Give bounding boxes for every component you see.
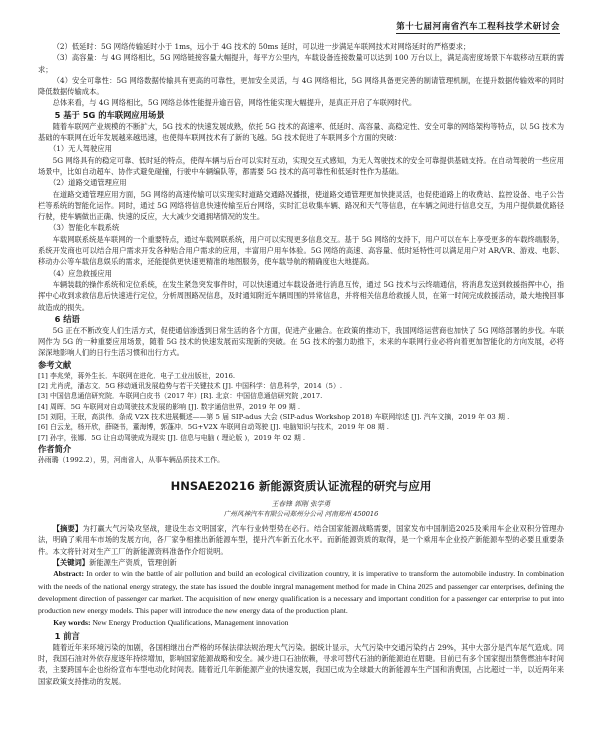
subsection-text-autonomous-driving: 5G 网络具有的稳定可靠、低时延的特点，使得车辆与后台可以实时互动，实现交互式感…: [38, 155, 564, 178]
section6-text: 5G 正在不断改变人们生活方式，促使通信渗透到日常生活的各个方面，促进产业融合。…: [38, 325, 564, 359]
intro-text: 随着近年来环境污染的加剧，各国相继出台严格的环保法律法规治理大气污染。据统计显示…: [38, 642, 564, 687]
section5-heading: 5 基于 5G 的车联网应用场景: [38, 109, 564, 121]
reference-item: [6] 白云龙，杨开欣，薛晓书，董海博，郭蓬冲．5G+V2X 车联网自动驾驶 […: [38, 422, 564, 432]
intro-heading: 1 前言: [38, 630, 564, 642]
running-header: 第十七届河南省汽车工程科技学术研讨会: [396, 20, 560, 34]
reference-item: [3] 中国信息通信研究院．车联网白皮书（2017 年）[R]. 北京：中国信息…: [38, 391, 564, 401]
reference-item: [1] 李兆荣，蒋外生长．车联网在进化．电子工业出版社，2016.: [38, 371, 564, 381]
page-content: （2）低延时：5G 网络传输延时小于 1ms，远小于 4G 技术的 50ms 延…: [38, 41, 564, 687]
abstract-en-label: Abstract:: [53, 569, 84, 578]
feature-item-reliability: （4）安全可靠性：5G 网络数据传输具有更高的可靠性，更加安全灵活，与 4G 网…: [38, 75, 564, 98]
subsection-text-in-vehicle-system: 车载网联系统是车联网的一个重要特点，通过车载网联系统，用户可以实现更多信息交互。…: [38, 234, 564, 268]
subsection-title-emergency-rescue: （4）应急救援应用: [38, 268, 564, 279]
subsection-title-in-vehicle-system: （3）智能化车载系统: [38, 222, 564, 233]
author-bio-text: 孙雨璐（1992.2），男，河南省人，从事车辆品质技术工作。: [38, 455, 564, 465]
abstract-en: Abstract: In order to win the battle of …: [38, 568, 564, 617]
section5-intro: 随着车联网产业规模的不断扩大，5G 技术的快速发展成熟，依托 5G 技术的高速率…: [38, 121, 564, 144]
subsection-title-autonomous-driving: （1）无人驾驶应用: [38, 143, 564, 154]
next-paper-affiliation: 广州风神汽车有限公司郑州分公司 河南郑州 450016: [38, 509, 564, 520]
next-paper-authors: 王春锋 郭刚 张学勇: [38, 499, 564, 509]
document-page: 第十七届河南省汽车工程科技学术研讨会 （2）低延时：5G 网络传输延时小于 1m…: [0, 0, 600, 730]
references-heading: 参考文献: [38, 359, 564, 371]
abstract-text: 为打赢大气污染攻坚战，建设生态文明国家，汽车行业转型势在必行。结合国家能源战略需…: [38, 524, 564, 556]
keywords-cn: 【关键词】新能源生产资质，管理创新: [38, 557, 564, 568]
abstract-label: 【摘要】: [53, 524, 83, 533]
keywords-en: Key words: New Energy Production Qualifi…: [38, 617, 564, 629]
feature-item-low-latency: （2）低延时：5G 网络传输延时小于 1ms，远小于 4G 技术的 50ms 延…: [38, 41, 564, 52]
reference-item: [4] 周晖．5G 车联网对自动驾驶技术发展的影响 [J]. 数字通信世界，20…: [38, 402, 564, 412]
keywords-en-text: New Energy Production Qualifications, Ma…: [92, 618, 288, 627]
reference-item: [5] 刘阳，王珉，高洪伟．条成 V2X 技术进展概述——第 5 届 SIP-a…: [38, 412, 564, 422]
next-paper-title: HNSAE20216 新能源资质认证流程的研究与应用: [38, 479, 564, 493]
author-bio-heading: 作者简介: [38, 443, 564, 455]
keywords-label: 【关键词】: [53, 558, 89, 567]
subsection-text-emergency-rescue: 车辆装载的操作系统和定位系统，在发生紧急突发事件时，可以快速通过车载设备进行消息…: [38, 279, 564, 313]
reference-item: [7] 孙宇，张娜．5G 让自动驾驶成为现实 [J]. 信息与电脑 ( 理论版 …: [38, 433, 564, 443]
feature-item-high-capacity: （3）高容量：与 4G 网络相比，5G 网络链接容量大幅提升，每平方公里内，车载…: [38, 52, 564, 75]
section6-heading: 6 结语: [38, 313, 564, 325]
subsection-title-traffic-management: （2）道路交通管理应用: [38, 177, 564, 188]
reference-item: [2] 尤肖虎，潘志文．5G 移动通讯发展趋势与若干关键技术 [J]. 中国科学…: [38, 381, 564, 391]
keywords-text: 新能源生产资质，管理创新: [89, 558, 177, 567]
keywords-en-label: Key words:: [53, 618, 90, 627]
abstract-cn: 【摘要】为打赢大气污染攻坚战，建设生态文明国家，汽车行业转型势在必行。结合国家能…: [38, 523, 564, 557]
subsection-text-traffic-management: 在道路交通管理应用方面，5G 网络的高速传输可以实现实时道路交通路况播报，使道路…: [38, 189, 564, 223]
abstract-en-text: In order to win the battle of air pollut…: [38, 569, 564, 615]
section4-summary: 总体来看，与 4G 网络相比，5G 网络总体性能提升逾百倍，网络性能实现大幅提升…: [38, 97, 564, 108]
